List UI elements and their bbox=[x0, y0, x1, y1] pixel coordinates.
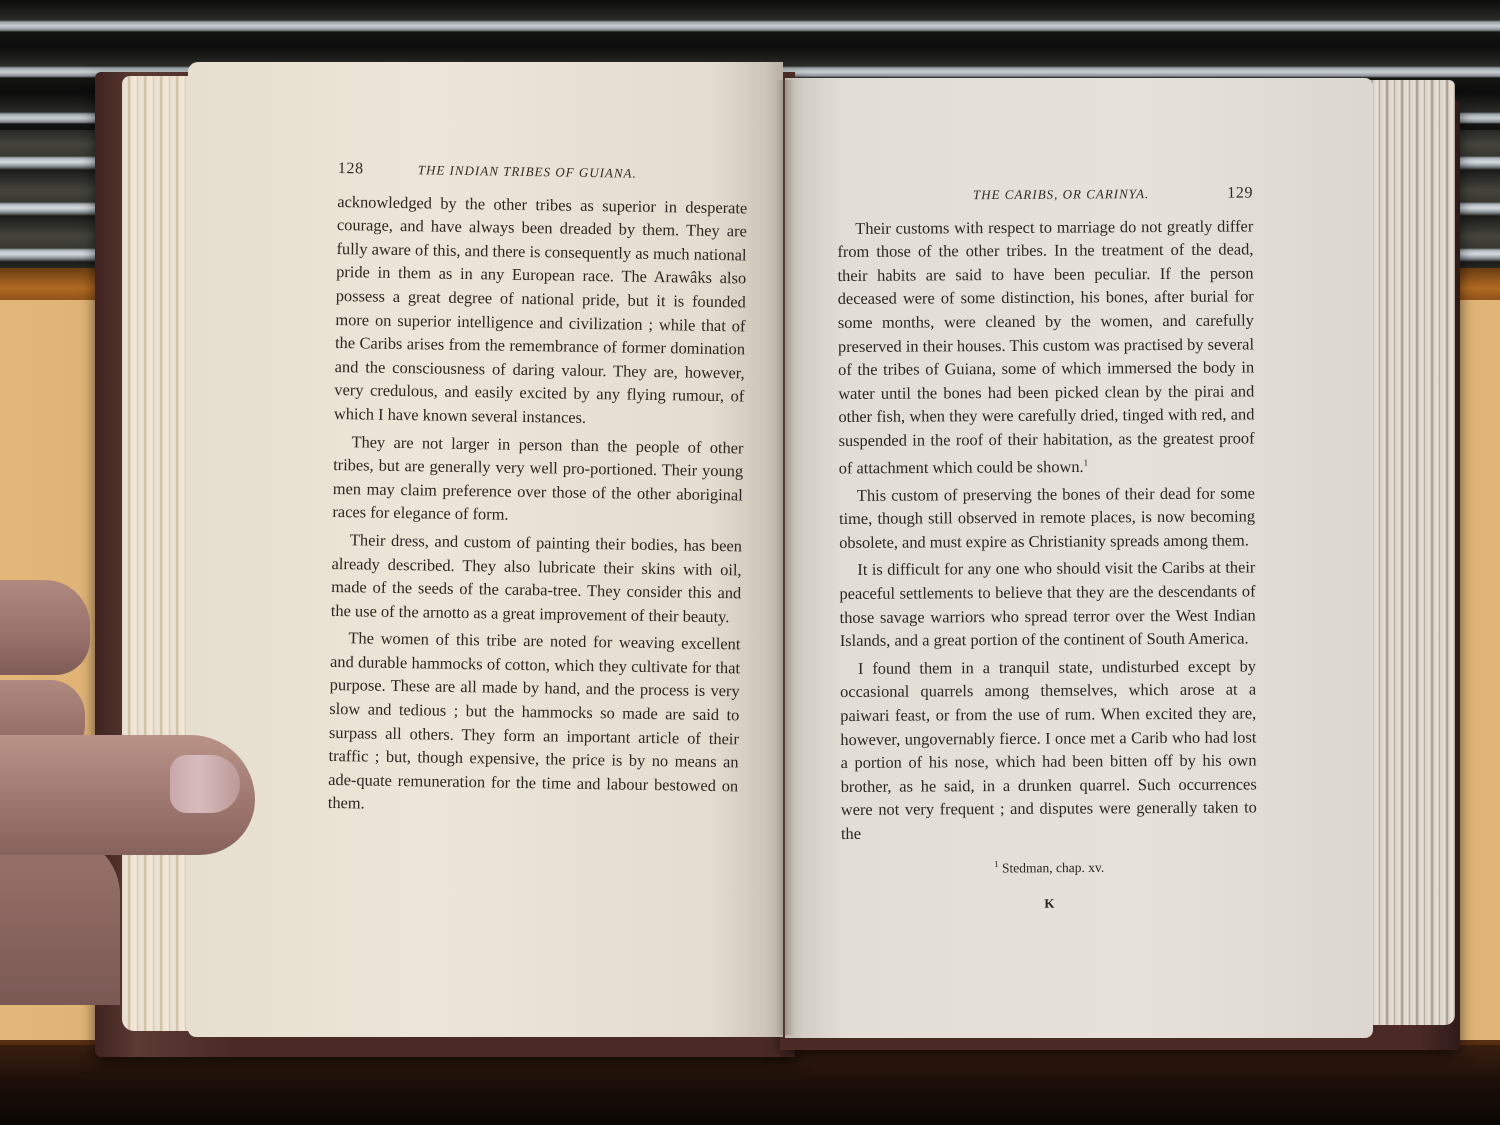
footnote-marker: 1 bbox=[994, 859, 999, 869]
paragraph: acknowledged by the other tribes as supe… bbox=[334, 190, 748, 432]
footnote-ref: 1 bbox=[1084, 457, 1089, 467]
left-page: 128 THE INDIAN TRIBES OF GUIANA. acknowl… bbox=[188, 62, 783, 1037]
signature-mark: K bbox=[841, 890, 1257, 916]
page-number: 128 bbox=[338, 157, 418, 182]
left-running-head: 128 THE INDIAN TRIBES OF GUIANA. bbox=[338, 157, 748, 187]
finger bbox=[0, 580, 90, 675]
right-running-head: THE CARIBS, OR CARINYA. 129 bbox=[837, 181, 1253, 207]
running-head-title: THE INDIAN TRIBES OF GUIANA. bbox=[418, 158, 637, 185]
right-page: THE CARIBS, OR CARINYA. 129 Their custom… bbox=[785, 78, 1373, 1038]
right-page-text: THE CARIBS, OR CARINYA. 129 Their custom… bbox=[837, 181, 1257, 916]
paragraph: Their dress, and custom of painting thei… bbox=[331, 528, 742, 629]
palm bbox=[0, 835, 120, 1005]
thumbnail bbox=[170, 755, 240, 813]
paragraph: Their customs with respect to marriage d… bbox=[837, 214, 1255, 480]
paragraph: This custom of preserving the bones of t… bbox=[839, 481, 1255, 554]
footnote: 1 Stedman, chap. xv. bbox=[841, 851, 1257, 881]
running-head-title: THE CARIBS, OR CARINYA. bbox=[973, 182, 1149, 207]
page-number: 129 bbox=[1227, 181, 1253, 205]
hand bbox=[0, 575, 260, 955]
paragraph: It is difficult for any one who should v… bbox=[839, 556, 1256, 653]
page-stack-right bbox=[1365, 80, 1455, 1025]
paragraph: They are not larger in person than the p… bbox=[332, 429, 743, 530]
floor-shadow bbox=[0, 1045, 1500, 1125]
left-page-text: 128 THE INDIAN TRIBES OF GUIANA. acknowl… bbox=[328, 157, 748, 821]
footnote-text: Stedman, chap. xv. bbox=[1002, 859, 1104, 875]
paragraph: The women of this tribe are noted for we… bbox=[328, 626, 741, 821]
book-gutter bbox=[776, 80, 794, 1035]
paragraph: I found them in a tranquil state, undist… bbox=[840, 654, 1257, 845]
